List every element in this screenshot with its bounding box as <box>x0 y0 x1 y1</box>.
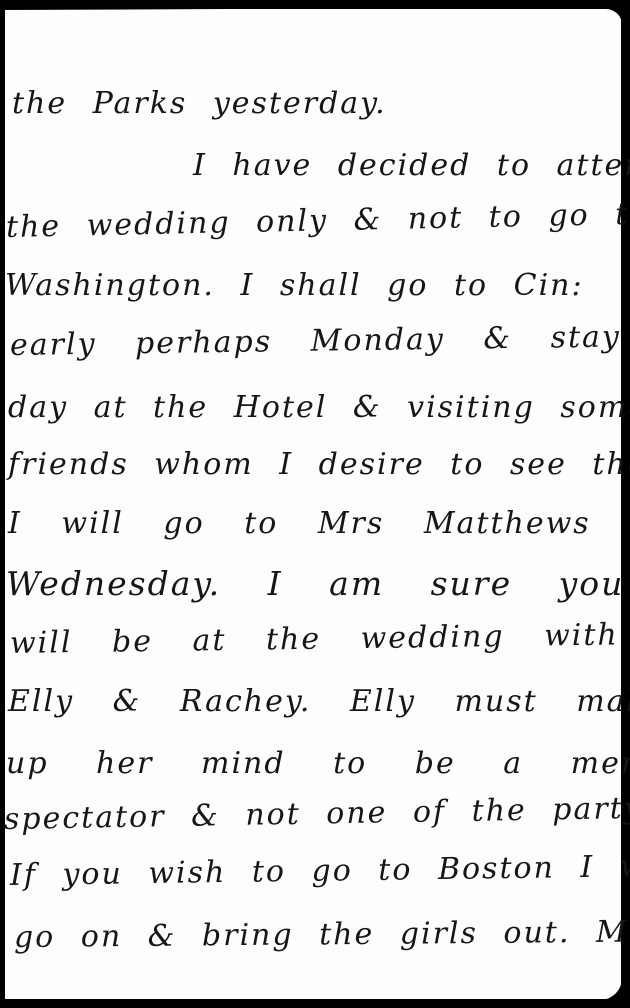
handwritten-line: I will go to Mrs Matthews on <box>8 506 630 542</box>
scan-edge-bottom <box>0 999 630 1008</box>
handwritten-line: I have decided to attend <box>193 148 630 184</box>
handwritten-line: Elly & Rachey. Elly must make <box>8 684 630 720</box>
handwritten-line: day at the Hotel & visiting some <box>8 390 630 426</box>
scan-edge-left <box>0 0 5 1008</box>
handwritten-line: friends whom I desire to see there. <box>8 447 630 483</box>
handwritten-line: the Parks yesterday. <box>12 86 387 122</box>
handwritten-line: Washington. I shall go to Cin: <box>5 268 584 304</box>
handwritten-line: Wednesday. I am sure you <box>6 564 624 604</box>
handwritten-line: up her mind to be a mere <box>6 746 630 782</box>
handwritten-line: go on & bring the girls out. Minnie <box>14 914 630 956</box>
scanned-letter-page: the Parks yesterday. I have decided to a… <box>0 0 630 1008</box>
